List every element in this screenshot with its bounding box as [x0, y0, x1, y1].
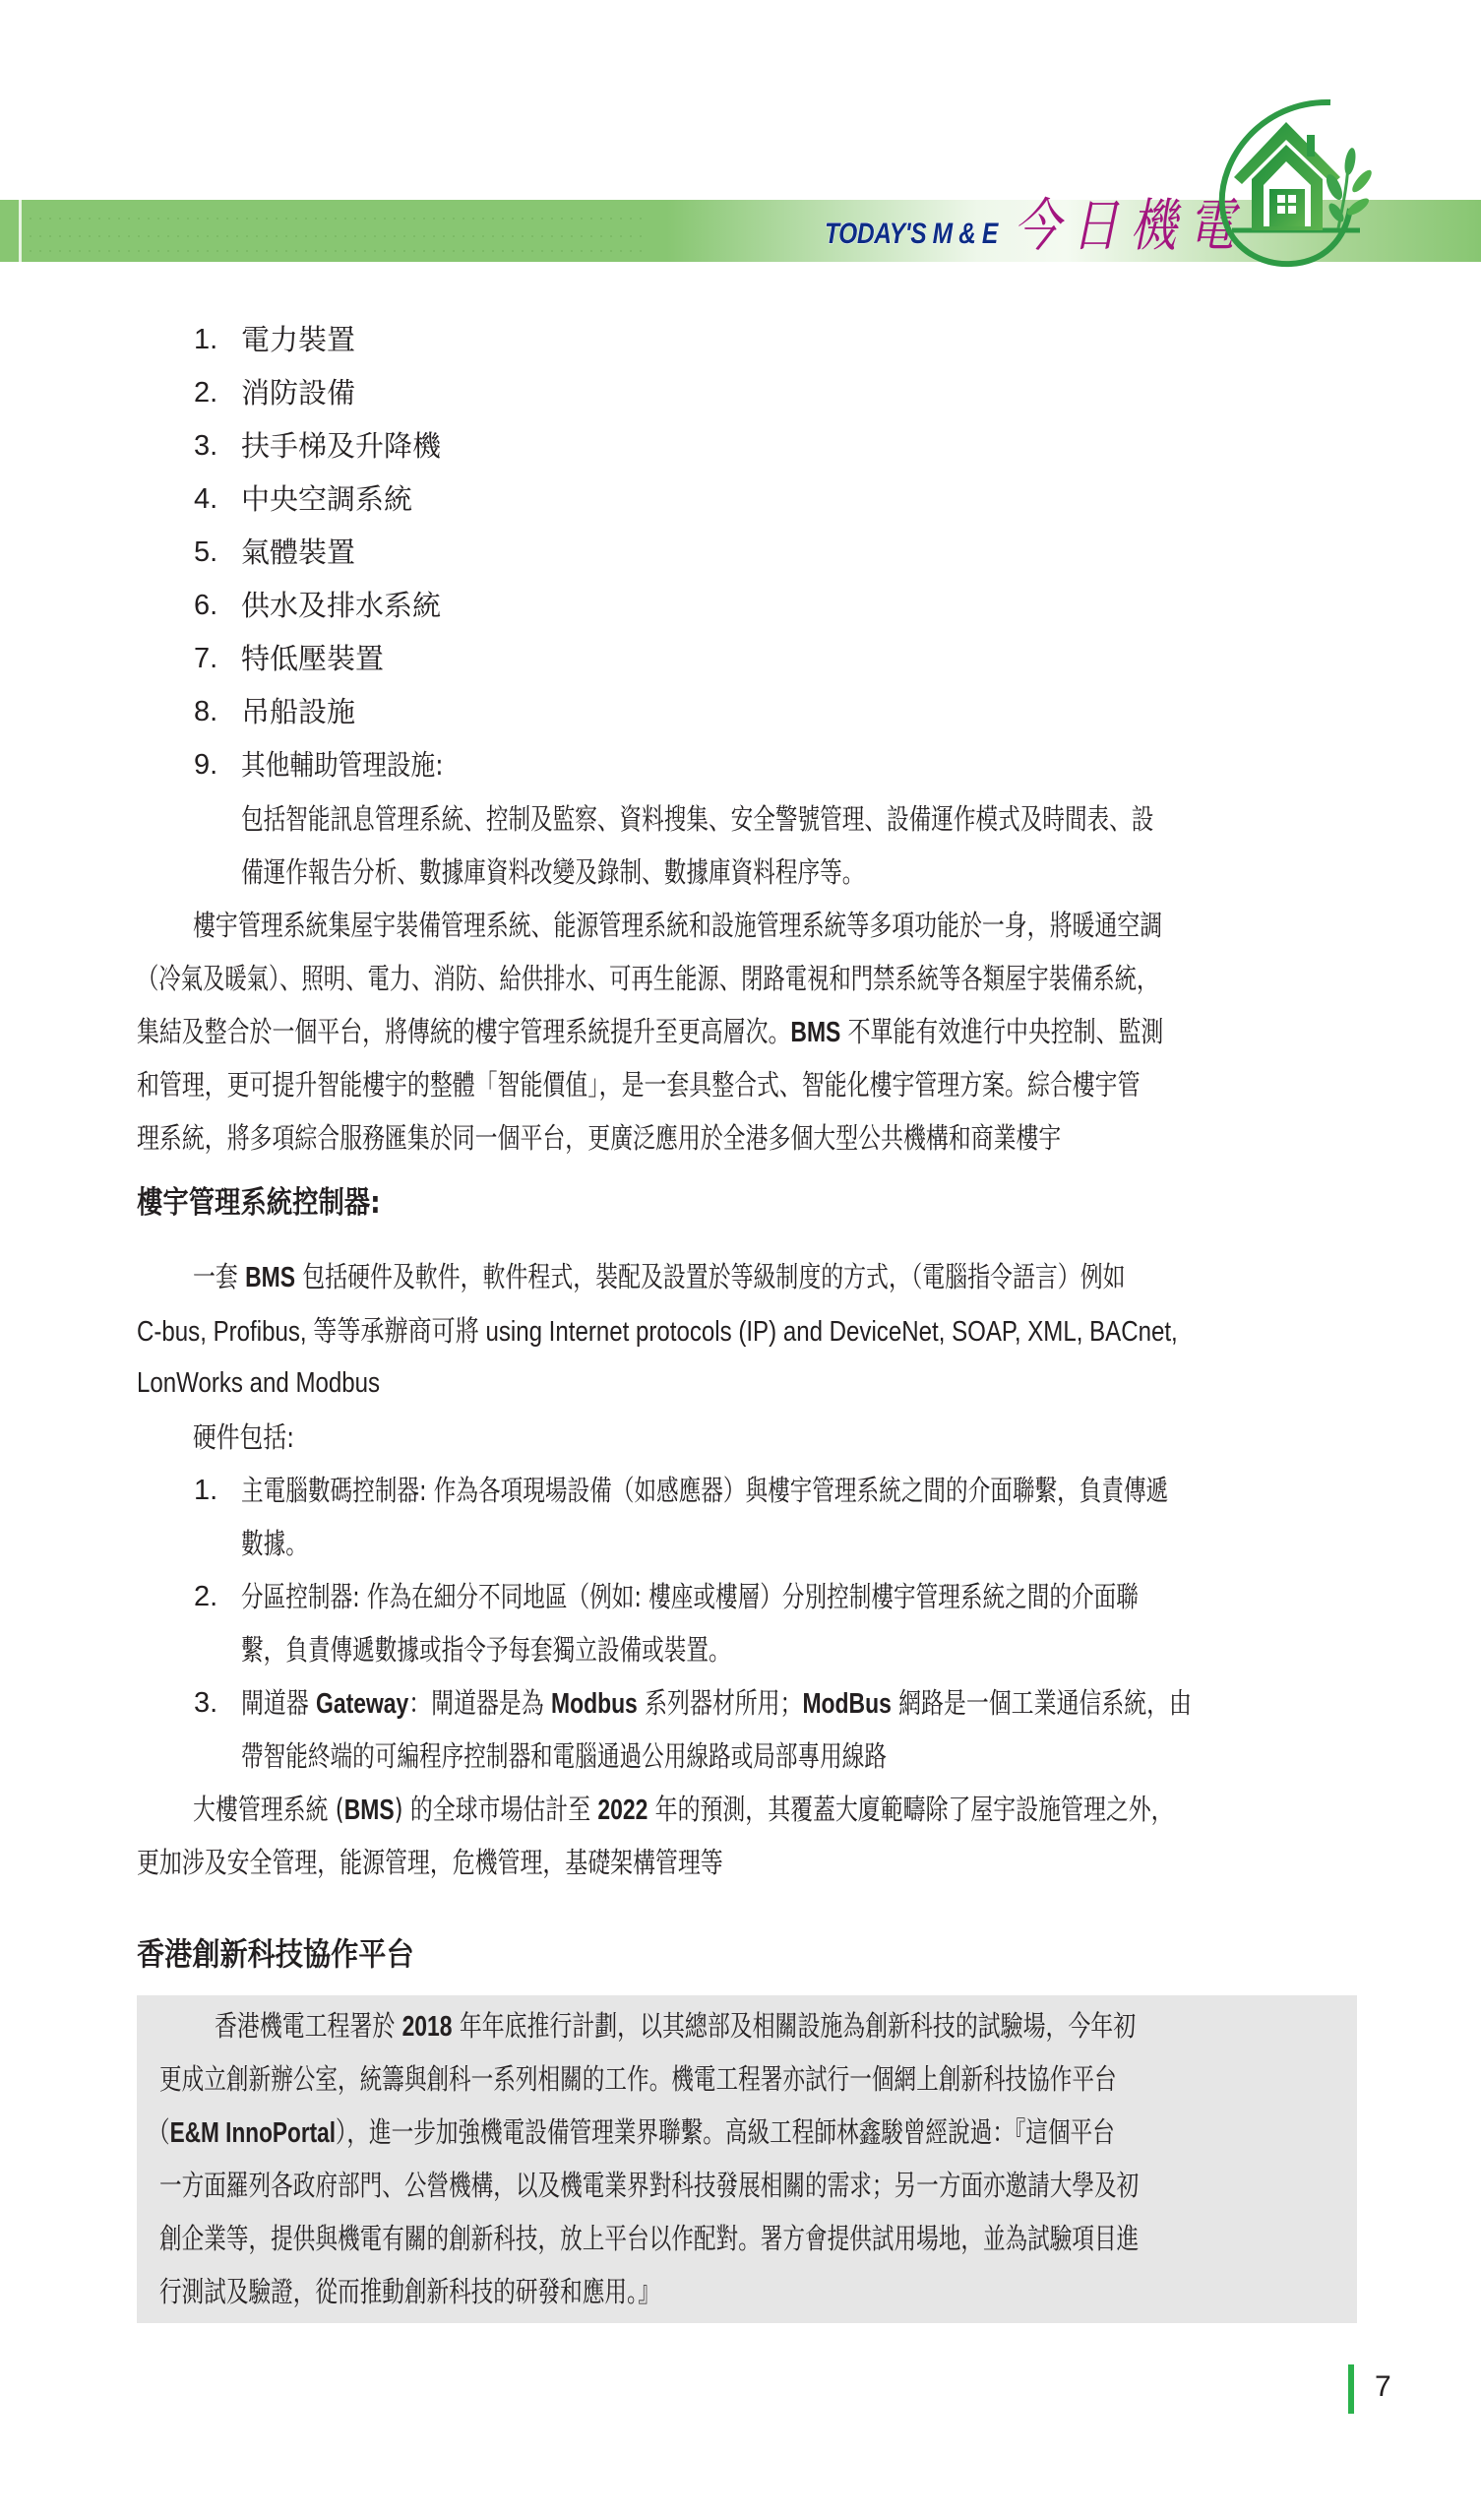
- brand-english: TODAY'S M & E: [825, 218, 998, 251]
- section-heading-controller: 樓宇管理系統控制器:: [137, 1183, 381, 1223]
- band-divider: [19, 200, 22, 262]
- hardware-label: 硬件包括:: [193, 1417, 294, 1457]
- brand-chinese: 今日機電: [1014, 193, 1246, 258]
- page-number: 7: [1375, 2370, 1391, 2404]
- list-item-detail: 備運作報告分析、數據庫資料改變及錄制、數據庫資料程序等。: [241, 852, 864, 892]
- page-number-accent-bar: [1348, 2364, 1354, 2414]
- list-item-detail: 包括智能訊息管理系統、控制及監察、資料搜集、安全警號管理、設備運作模式及時間表、…: [241, 799, 1153, 839]
- band-dots: [30, 250, 649, 252]
- house-leaf-logo-icon: [1212, 91, 1380, 268]
- band-dots: [30, 218, 649, 220]
- section-heading-innovation: 香港創新科技協作平台: [137, 1932, 414, 1976]
- band-dots: [30, 235, 649, 237]
